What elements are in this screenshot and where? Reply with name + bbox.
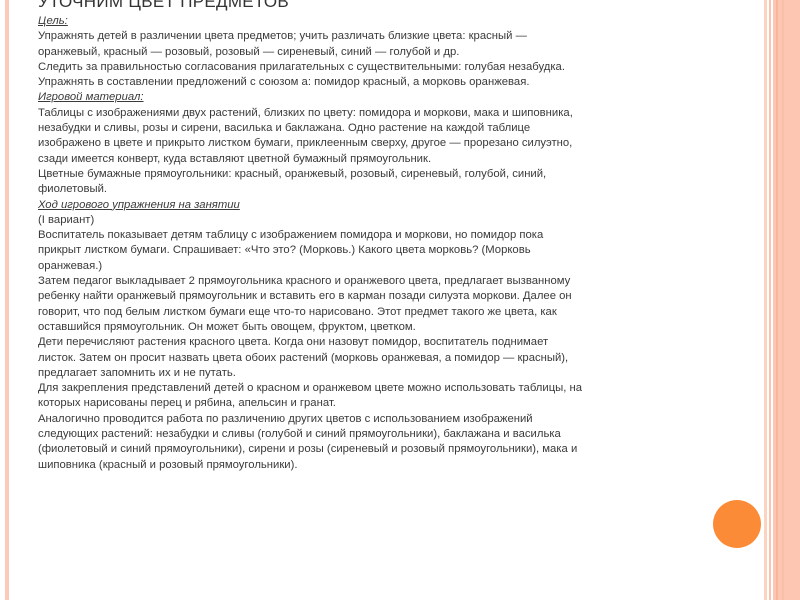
text-line: шиповника (красный и розовый прямоугольн… bbox=[38, 458, 688, 473]
text-line: Упражнять детей в различении цвета предм… bbox=[38, 29, 688, 44]
text-line: фиолетовый. bbox=[38, 182, 688, 197]
text-line: (I вариант) bbox=[38, 213, 688, 228]
goal-heading: Цель: bbox=[38, 14, 688, 29]
text-line: Затем педагог выкладывает 2 прямоугольни… bbox=[38, 274, 688, 289]
text-line: Воспитатель показывает детям таблицу с и… bbox=[38, 228, 688, 243]
decorative-orange-circle bbox=[713, 500, 761, 548]
goal-text: Упражнять детей в различении цвета предм… bbox=[38, 29, 688, 90]
text-line: которых нарисованы перец и рябина, апель… bbox=[38, 396, 688, 411]
text-line: Для закрепления представлений детей о кр… bbox=[38, 381, 688, 396]
text-line: Таблицы с изображениями двух растений, б… bbox=[38, 106, 688, 121]
right-decorative-stripes bbox=[764, 0, 800, 600]
text-line: Аналогично проводится работа по различен… bbox=[38, 412, 688, 427]
text-line: следующих растений: незабудки и сливы (г… bbox=[38, 427, 688, 442]
text-line: говорит, что под белым листком бумаги ещ… bbox=[38, 305, 688, 320]
material-heading: Игровой материал: bbox=[38, 90, 688, 105]
text-line: предлагает запомнить их и не путать. bbox=[38, 366, 688, 381]
text-line: (фиолетовый и синий прямоугольники), сир… bbox=[38, 442, 688, 457]
material-text: Таблицы с изображениями двух растений, б… bbox=[38, 106, 688, 198]
procedure-heading: Ход игрового упражнения на занятии bbox=[38, 198, 688, 213]
text-line: сзади имеется конверт, куда вставляют цв… bbox=[38, 152, 688, 167]
text-line: оставшийся прямоугольник. Он может быть … bbox=[38, 320, 688, 335]
text-line: оранжевая.) bbox=[38, 259, 688, 274]
text-line: изображено в цвете и прикрыто листком бу… bbox=[38, 136, 688, 151]
text-line: Упражнять в составлении предложений с со… bbox=[38, 75, 688, 90]
text-line: прикрыт листком бумаги. Спрашивает: «Что… bbox=[38, 243, 688, 258]
text-line: Следить за правильностью согласования пр… bbox=[38, 60, 688, 75]
text-line: незабудки и сливы, розы и сирени, василь… bbox=[38, 121, 688, 136]
text-line: Дети перечисляют растения красного цвета… bbox=[38, 335, 688, 350]
text-line: оранжевый, красный — розовый, розовый — … bbox=[38, 45, 688, 60]
left-border-stripe bbox=[5, 0, 9, 600]
procedure-text: (I вариант) Воспитатель показывает детям… bbox=[38, 213, 688, 473]
slide-content: УТОЧНИМ ЦВЕТ ПРЕДМЕТОВ Цель: Упражнять д… bbox=[38, 0, 688, 473]
text-line: листок. Затем он просит назвать цвета об… bbox=[38, 351, 688, 366]
text-line: Цветные бумажные прямоугольники: красный… bbox=[38, 167, 688, 182]
text-line: ребенку найти оранжевый прямоугольник и … bbox=[38, 289, 688, 304]
slide-title: УТОЧНИМ ЦВЕТ ПРЕДМЕТОВ bbox=[38, 0, 688, 12]
